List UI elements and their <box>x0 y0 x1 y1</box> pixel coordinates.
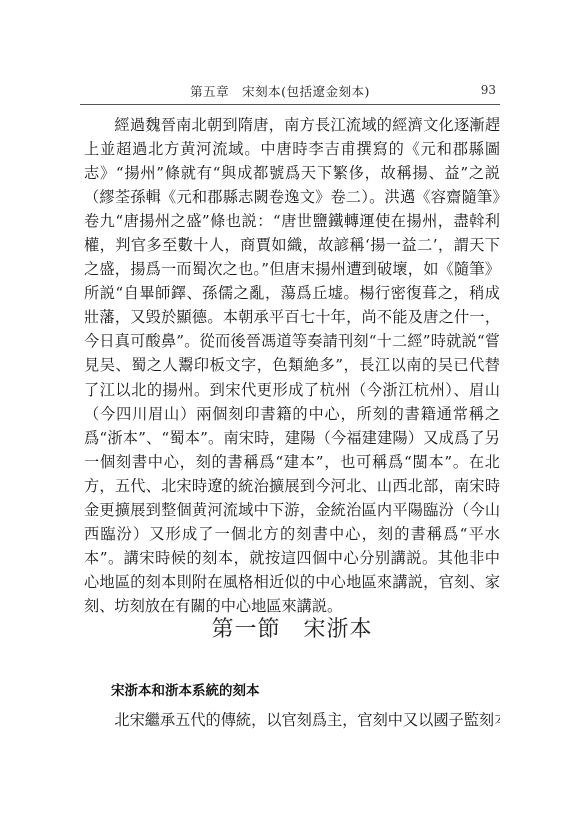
section-heading: 第一節 宋浙本 <box>84 612 500 643</box>
paragraph: 經過魏晉南北朝到隋唐，南方長江流域的經濟文化逐漸趕上並超過北方黄河流域。中唐時李… <box>84 113 500 618</box>
page-number: 93 <box>481 83 496 97</box>
chapter-title: 第五章 宋刻本(包括遼金刻本) <box>80 82 480 100</box>
section-body-text: 北宋繼承五代的傳統，以官刻爲主，官刻中又以國子監刻本 <box>84 708 500 732</box>
running-head: 第五章 宋刻本(包括遼金刻本) 93 <box>80 80 500 105</box>
book-page: 第五章 宋刻本(包括遼金刻本) 93 經過魏晉南北朝到隋唐，南方長江流域的經濟文… <box>0 0 567 822</box>
subsection-heading: 宋浙本和浙本系統的刻本 <box>111 679 260 699</box>
paragraph: 北宋繼承五代的傳統，以官刻爲主，官刻中又以國子監刻本 <box>84 708 500 732</box>
body-text: 經過魏晉南北朝到隋唐，南方長江流域的經濟文化逐漸趕上並超過北方黄河流域。中唐時李… <box>84 113 500 618</box>
